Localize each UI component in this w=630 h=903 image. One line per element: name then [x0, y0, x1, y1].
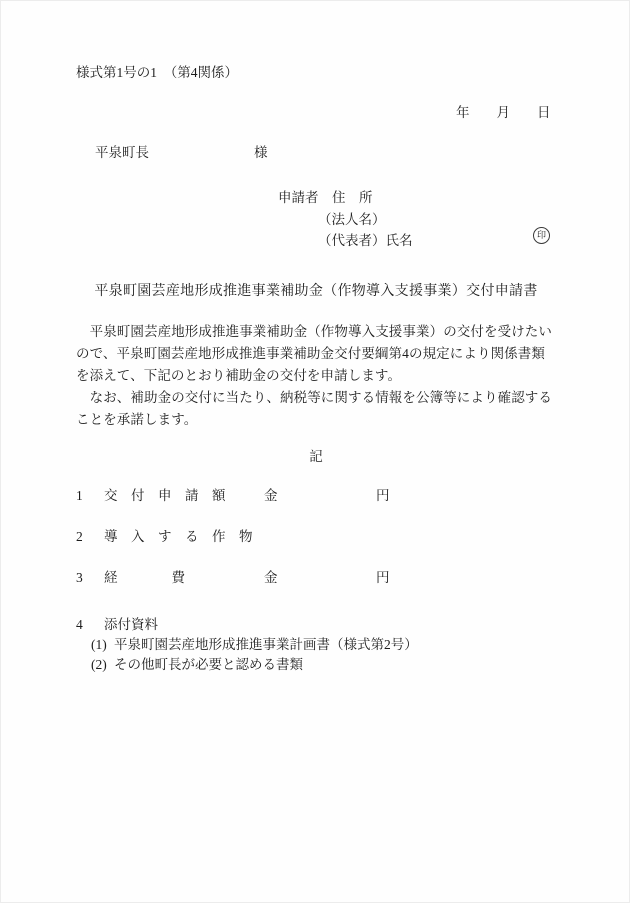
body-line: ことを承諾します。: [76, 409, 566, 431]
record-heading: 記: [1, 449, 630, 465]
addressee-honorific: 様: [254, 145, 268, 161]
item-label: 交 付 申 請 額: [104, 488, 226, 504]
body-line: ので、平泉町園芸産地形成推進事業補助金交付要綱第4の規定により関係書類: [76, 343, 566, 365]
body-line: 平泉町園芸産地形成推進事業補助金（作物導入支援事業）の交付を受けたい: [76, 321, 566, 343]
seal-stamp-icon: 印: [533, 227, 550, 244]
application-form-page: 様式第1号の1 （第4関係） 年 月 日 平泉町長 様 申請者 住 所 （法人名…: [0, 0, 630, 903]
item-number: 2: [76, 529, 83, 545]
applicant-address-line: 申請者 住 所: [278, 190, 373, 206]
item-row-crops: 2 導 入 す る 作 物: [76, 529, 566, 549]
item-row-expenses: 3 経 費 金 円: [76, 570, 566, 590]
item-row-attachments: 4 添付資料: [76, 617, 566, 637]
item-label: 経 費: [104, 570, 185, 586]
form-number: 様式第1号の1 （第4関係）: [76, 65, 238, 81]
attachment-text: 平泉町園芸産地形成推進事業計画書（様式第2号）: [114, 637, 418, 653]
attachment-number: (1): [91, 637, 107, 653]
item-label: 添付資料: [104, 617, 158, 633]
applicant-corporate-name-line: （法人名）: [318, 212, 386, 228]
attachment-row: (2) その他町長が必要と認める書類: [76, 657, 566, 677]
item-yen-suffix: 円: [376, 488, 390, 504]
item-number: 4: [76, 617, 83, 633]
date-line: 年 月 日: [456, 105, 551, 121]
item-yen-suffix: 円: [376, 570, 390, 586]
item-yen-prefix: 金: [264, 488, 278, 504]
body-paragraph: 平泉町園芸産地形成推進事業補助金（作物導入支援事業）の交付を受けたい ので、平泉…: [76, 321, 566, 431]
body-line: を添えて、下記のとおり補助金の交付を申請します。: [76, 365, 566, 387]
attachment-row: (1) 平泉町園芸産地形成推進事業計画書（様式第2号）: [76, 637, 566, 657]
attachment-number: (2): [91, 657, 107, 673]
item-yen-prefix: 金: [264, 570, 278, 586]
item-row-grant-amount: 1 交 付 申 請 額 金 円: [76, 488, 566, 508]
addressee-name: 平泉町長: [95, 145, 149, 161]
item-number: 1: [76, 488, 83, 504]
body-line: なお、補助金の交付に当たり、納税等に関する情報を公簿等により確認する: [76, 387, 566, 409]
attachment-text: その他町長が必要と認める書類: [114, 657, 303, 673]
document-title: 平泉町園芸産地形成推進事業補助金（作物導入支援事業）交付申請書: [1, 284, 630, 301]
applicant-representative-line: （代表者）氏名: [318, 233, 413, 249]
item-number: 3: [76, 570, 83, 586]
item-label: 導 入 す る 作 物: [104, 529, 253, 545]
